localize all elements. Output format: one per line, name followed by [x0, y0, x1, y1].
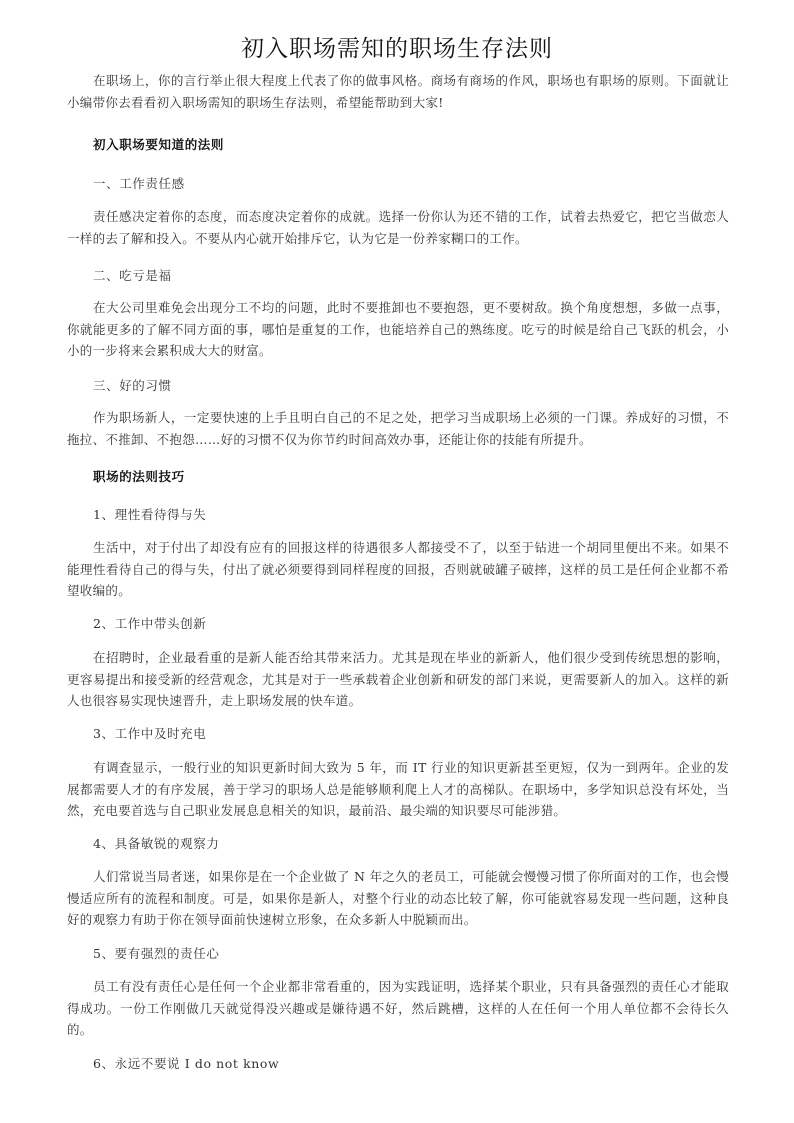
intro-paragraph: 在职场上，你的言行举止很大程度上代表了你的做事风格。商场有商场的作风，职场也有职…: [67, 70, 729, 113]
item-paragraph: 在大公司里难免会出现分工不均的问题，此时不要推卸也不要抱怨，更不要树敌。换个角度…: [67, 297, 729, 362]
item-heading: 二、吃亏是福: [93, 266, 172, 284]
item-heading: 一、工作责任感: [93, 174, 185, 192]
item-paragraph: 在招聘时，企业最看重的是新人能否给其带来活力。尤其是现在毕业的新新人，他们很少受…: [67, 647, 729, 712]
item-paragraph: 作为职场新人，一定要快速的上手且明白自己的不足之处，把学习当成职场上必须的一门课…: [67, 407, 729, 450]
item-heading: 6、永远不要说 I do not know: [93, 1054, 279, 1072]
item-paragraph: 生活中，对于付出了却没有应有的回报这样的待遇很多人都接受不了，以至于钻进一个胡同…: [67, 537, 729, 602]
item-paragraph: 员工有没有责任心是任何一个企业都非常看重的，因为实践证明，选择某个职业，只有具备…: [67, 976, 729, 1041]
item-paragraph: 有调查显示，一般行业的知识更新时间大致为 5 年，而 IT 行业的知识更新甚至更…: [67, 757, 729, 822]
item-paragraph: 责任感决定着你的态度，而态度决定着你的成就。选择一份你认为还不错的工作，试着去热…: [67, 206, 729, 249]
item-heading: 三、好的习惯: [93, 376, 172, 394]
page-title: 初入职场需知的职场生存法则: [0, 30, 794, 63]
item-heading: 3、工作中及时充电: [93, 724, 206, 742]
section-heading: 职场的法则技巧: [93, 467, 185, 485]
item-heading: 2、工作中带头创新: [93, 614, 206, 632]
item-heading: 1、理性看待得与失: [93, 505, 206, 523]
section-heading: 初入职场要知道的法则: [93, 135, 224, 153]
item-paragraph: 人们常说当局者迷，如果你是在一个企业做了 N 年之久的老员工，可能就会慢慢习惯了…: [67, 866, 729, 931]
item-heading: 4、具备敏锐的观察力: [93, 834, 219, 852]
item-heading: 5、要有强烈的责任心: [93, 944, 219, 962]
